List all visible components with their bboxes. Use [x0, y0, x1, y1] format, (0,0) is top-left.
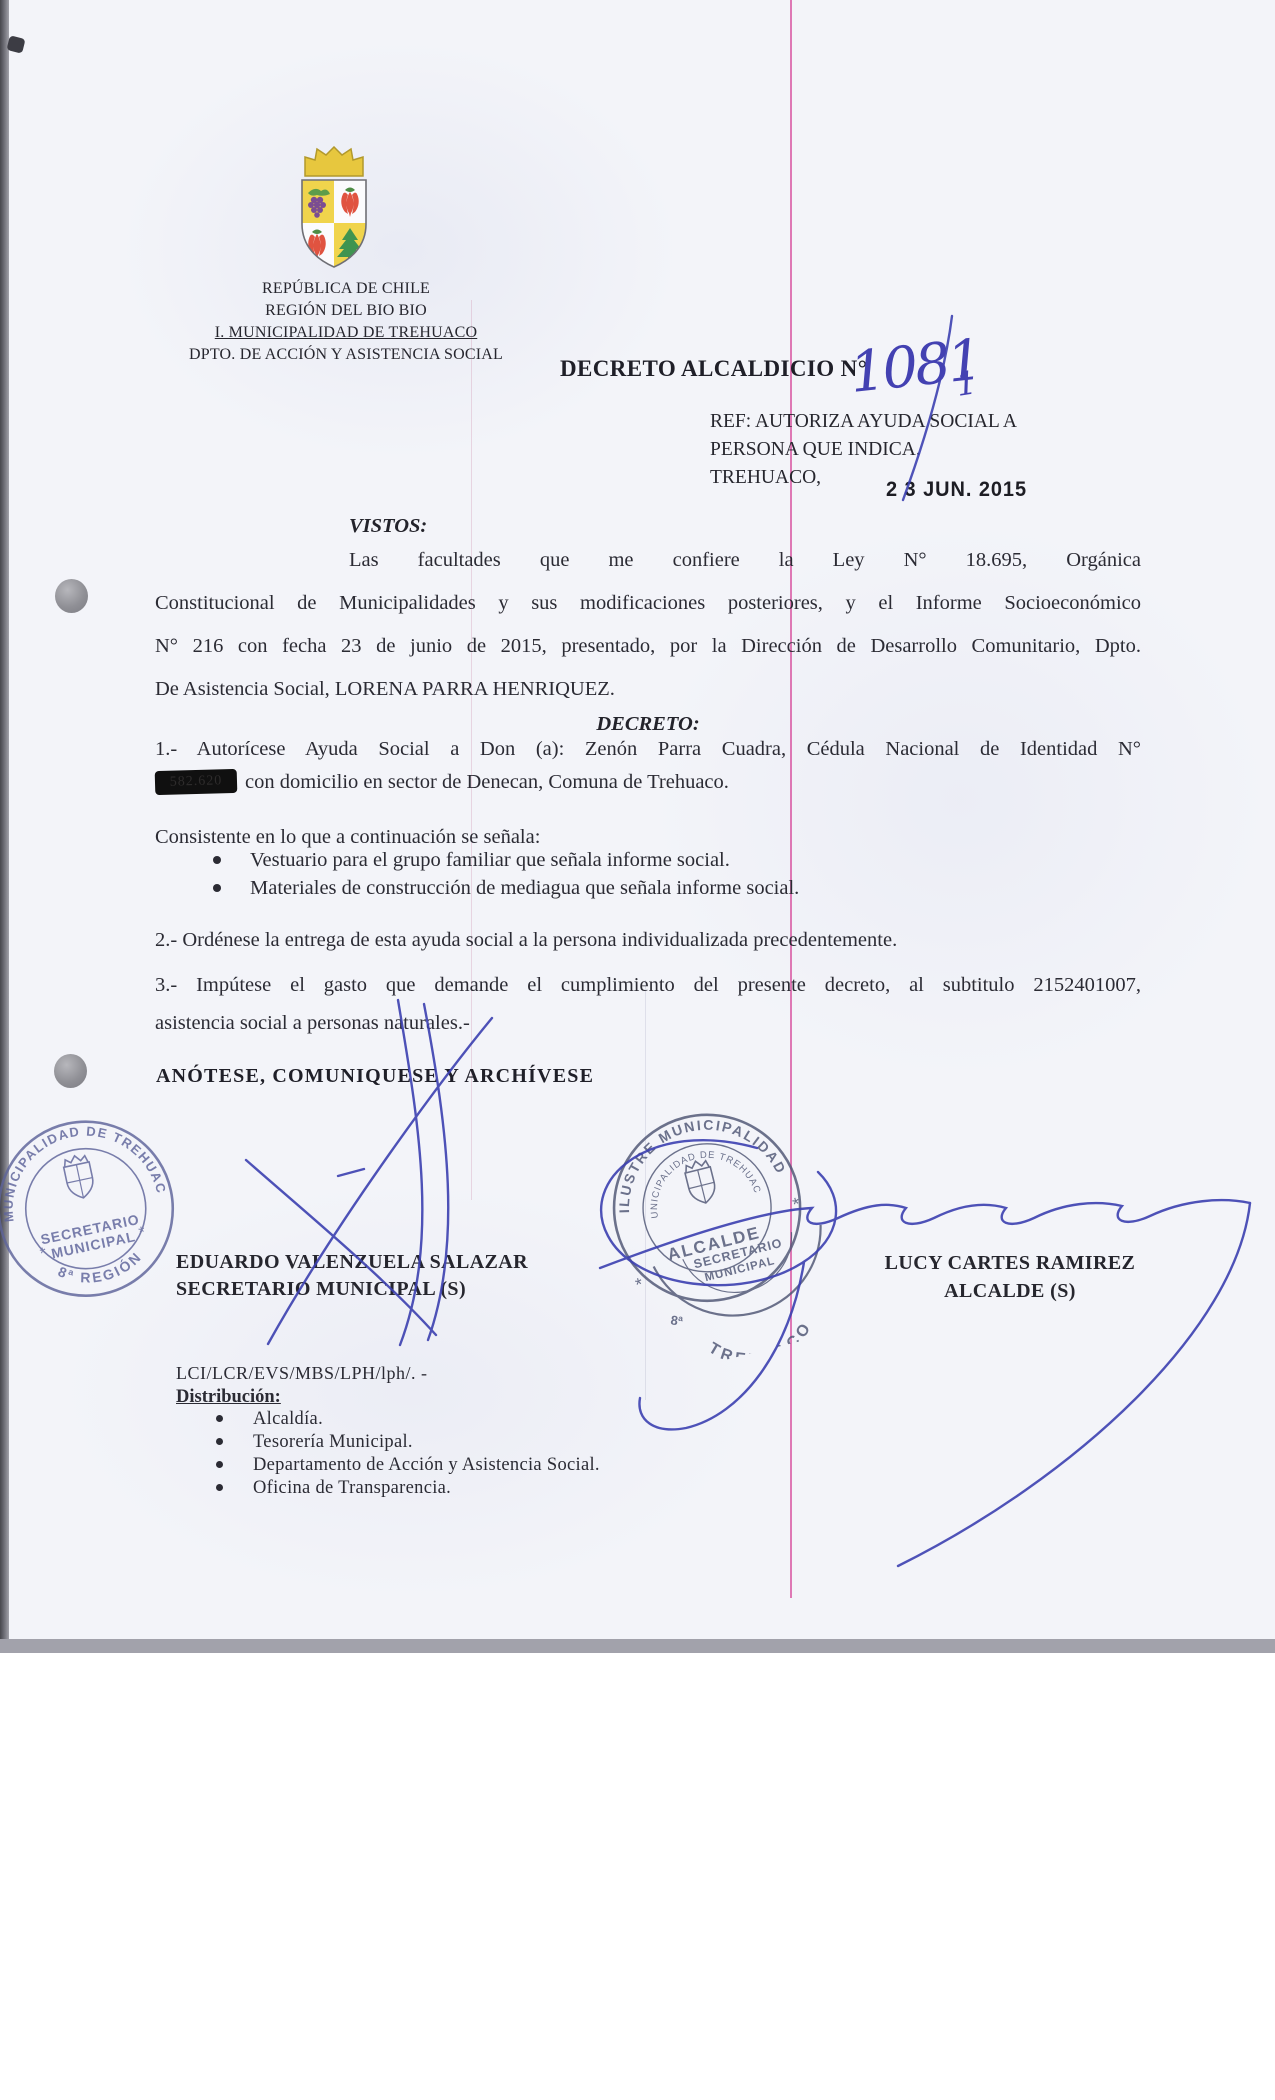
vistos-line: N° 216 con fecha 23 de junio de 2015, pr…	[155, 635, 1141, 678]
vistos-line: De Asistencia Social, LORENA PARRA HENRI…	[155, 678, 1141, 701]
signature-block-secretary: EDUARDO VALENZUELA SALAZAR SECRETARIO MU…	[176, 1249, 528, 1303]
bullet-icon	[216, 1415, 223, 1422]
letterhead-region: REGIÓN DEL BIO BIO	[128, 300, 564, 322]
bullet-icon	[213, 856, 221, 864]
distribution-item-text: Alcaldía.	[253, 1409, 323, 1429]
aid-bullet-text: Materiales de construcción de mediagua q…	[250, 877, 799, 899]
item3-line-1: 3.- Impútese el gasto que demande el cum…	[155, 974, 1141, 1012]
vistos-line: Las facultades que me confiere la Ley N°…	[155, 549, 1141, 592]
date-stamp: 2 3 JUN. 2015	[886, 478, 1027, 502]
distribution-list: Alcaldía.Tesorería Municipal.Departament…	[216, 1409, 600, 1501]
redaction-bar: 582.620	[155, 769, 238, 795]
crown-icon	[305, 147, 363, 176]
punch-hole-top	[55, 579, 88, 613]
decreto-item-2: 2.- Ordénese la entrega de esta ayuda so…	[155, 929, 1141, 952]
scanned-document-page: REPÚBLICA DE CHILE REGIÓN DEL BIO BIO I.…	[0, 0, 1275, 1639]
decree-title: DECRETO ALCALDICIO N°	[560, 356, 867, 382]
initials-line: LCI/LCR/EVS/MBS/LPH/lph/. -	[176, 1363, 428, 1384]
aid-bullet-list: Vestuario para el grupo familiar que señ…	[213, 849, 1113, 905]
svg-text:*: *	[137, 1224, 147, 1242]
bullet-icon	[216, 1461, 223, 1468]
letterhead: REPÚBLICA DE CHILE REGIÓN DEL BIO BIO I.…	[128, 278, 564, 366]
scanner-pink-line	[790, 0, 792, 1598]
paper-shading	[120, 40, 680, 460]
aid-bullet-item: Materiales de construcción de mediagua q…	[213, 877, 1113, 905]
bullet-icon	[216, 1438, 223, 1445]
secretary-name: EDUARDO VALENZUELA SALAZAR	[176, 1249, 528, 1276]
item3-line-2: asistencia social a personas naturales.-	[155, 1012, 1141, 1035]
bullet-icon	[213, 884, 221, 892]
letterhead-republic: REPÚBLICA DE CHILE	[128, 278, 564, 300]
signature-block-mayor: LUCY CARTES RAMIREZ ALCALDE (S)	[870, 1249, 1150, 1305]
svg-text:*: *	[39, 1245, 49, 1263]
bullet-icon	[216, 1484, 223, 1491]
page-left-edge-shadow	[0, 0, 9, 1639]
distribution-item-text: Tesorería Municipal.	[253, 1432, 413, 1452]
svg-text:8ª: 8ª	[670, 1312, 684, 1329]
decreto-item-1: 1.- Autorícese Ayuda Social a Don (a): Z…	[155, 738, 1141, 794]
vistos-label: VISTOS:	[349, 515, 427, 538]
page-bottom-edge	[0, 1639, 1275, 1653]
item1-line-1: 1.- Autorícese Ayuda Social a Don (a): Z…	[155, 738, 1141, 768]
distribution-item: Tesorería Municipal.	[216, 1432, 600, 1455]
mayor-title: ALCALDE (S)	[870, 1277, 1150, 1305]
distribution-item: Departamento de Acción y Asistencia Soci…	[216, 1455, 600, 1478]
aid-bullet-item: Vestuario para el grupo familiar que señ…	[213, 849, 1113, 877]
consistente-line: Consistente en lo que a continuación se …	[155, 826, 1141, 849]
decreto-label: DECRETO:	[155, 713, 1141, 736]
aid-bullet-text: Vestuario para el grupo familiar que señ…	[250, 849, 730, 871]
distribution-item-text: Oficina de Transparencia.	[253, 1478, 451, 1498]
reference-line-2: PERSONA QUE INDICA.	[710, 436, 1017, 464]
vistos-line: Constitucional de Municipalidades y sus …	[155, 592, 1141, 635]
distribution-label: Distribución:	[176, 1387, 281, 1408]
distribution-item-text: Departamento de Acción y Asistencia Soci…	[253, 1455, 600, 1475]
decreto-item-3: 3.- Impútese el gasto que demande el cum…	[155, 974, 1141, 1035]
distribution-item: Alcaldía.	[216, 1409, 600, 1432]
letterhead-department: DPTO. DE ACCIÓN Y ASISTENCIA SOCIAL	[128, 344, 564, 366]
reference-line-1: REF: AUTORIZA AYUDA SOCIAL A	[710, 408, 1017, 436]
municipal-coat-of-arms	[295, 146, 373, 270]
mayor-name: LUCY CARTES RAMIREZ	[870, 1249, 1150, 1277]
punch-hole-bottom	[54, 1054, 87, 1088]
item1-line-2-text: con domicilio en sector de Denecan, Comu…	[245, 771, 729, 794]
distribution-item: Oficina de Transparencia.	[216, 1478, 600, 1501]
top-left-scan-mark	[6, 35, 25, 53]
secretary-title: SECRETARIO MUNICIPAL (S)	[176, 1276, 528, 1303]
letterhead-municipality: I. MUNICIPALIDAD DE TREHUACO	[128, 322, 564, 344]
closing-line: ANÓTESE, COMUNIQUESE Y ARCHÍVESE	[156, 1065, 594, 1088]
svg-text:1: 1	[953, 363, 979, 404]
item1-line-2: 582.620 con domicilio en sector de Denec…	[155, 770, 1141, 794]
vistos-paragraph: Las facultades que me confiere la Ley N°…	[155, 549, 1141, 701]
secretario-municipal-stamp: I. MUNICIPALIDAD DE TREHUACO SECRETARIO …	[0, 1094, 202, 1324]
